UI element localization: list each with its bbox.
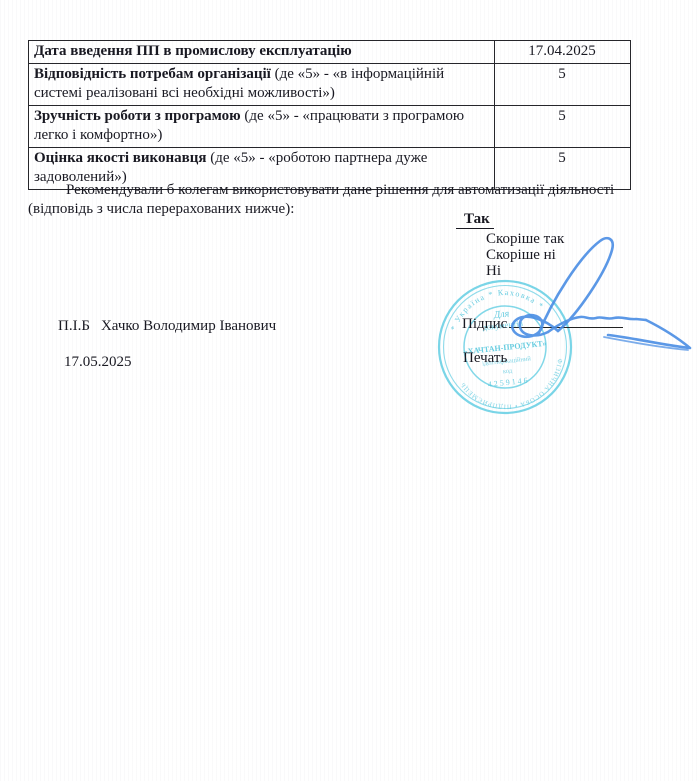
table-row: Зручність роботи з програмою (де «5» - «… — [29, 106, 631, 148]
answer-option: Скоріше ні — [486, 247, 556, 264]
row-label: Відповідність потребам організації — [34, 66, 271, 82]
name-label: П.І.Б — [58, 318, 90, 334]
answer-option: Скоріше так — [486, 231, 564, 248]
signature-label: Підпис — [462, 316, 507, 332]
row-label-cell: Відповідність потребам організації (де «… — [29, 64, 495, 106]
evaluation-table: Дата введення ПП в промислову експлуатац… — [28, 40, 631, 190]
row-label-cell: Дата введення ПП в промислову експлуатац… — [29, 41, 495, 64]
row-label: Зручність роботи з програмою — [34, 108, 241, 124]
form-date: 17.05.2025 — [64, 354, 132, 371]
table-row: Відповідність потребам організації (де «… — [29, 64, 631, 106]
row-value: 5 — [495, 64, 631, 106]
person-name: Хачко Володимир Іванович — [101, 318, 276, 334]
stamp-code-digits: 4259146 — [487, 376, 530, 389]
row-label-cell: Зручність роботи з програмою (де «5» - «… — [29, 106, 495, 148]
person-name-line: П.І.БХачко Володимир Іванович — [58, 318, 276, 335]
recommend-question: Рекомендували б колегам використовувати … — [28, 181, 622, 218]
row-value: 17.04.2025 — [495, 41, 631, 64]
signature-row: Підпис — [462, 313, 623, 333]
document-page: Дата введення ПП в промислову експлуатац… — [0, 0, 700, 781]
company-stamp-icon: * Україна * Каховка * ФІЗИЧНА ОСОБА • ПІ… — [435, 277, 580, 419]
row-label: Дата введення ПП в промислову експлуатац… — [34, 43, 352, 59]
selected-answer: Так — [456, 211, 494, 229]
row-value: 5 — [495, 106, 631, 148]
answer-option: Ні — [486, 263, 501, 280]
table-row: Дата введення ПП в промислову експлуатац… — [29, 41, 631, 64]
stamp-label: Печать — [463, 350, 507, 367]
selected-answer-text: Так — [456, 211, 494, 229]
signature-line — [509, 313, 623, 328]
row-label: Оцінка якості виконавця — [34, 150, 206, 166]
stamp-line4: код — [503, 367, 514, 375]
